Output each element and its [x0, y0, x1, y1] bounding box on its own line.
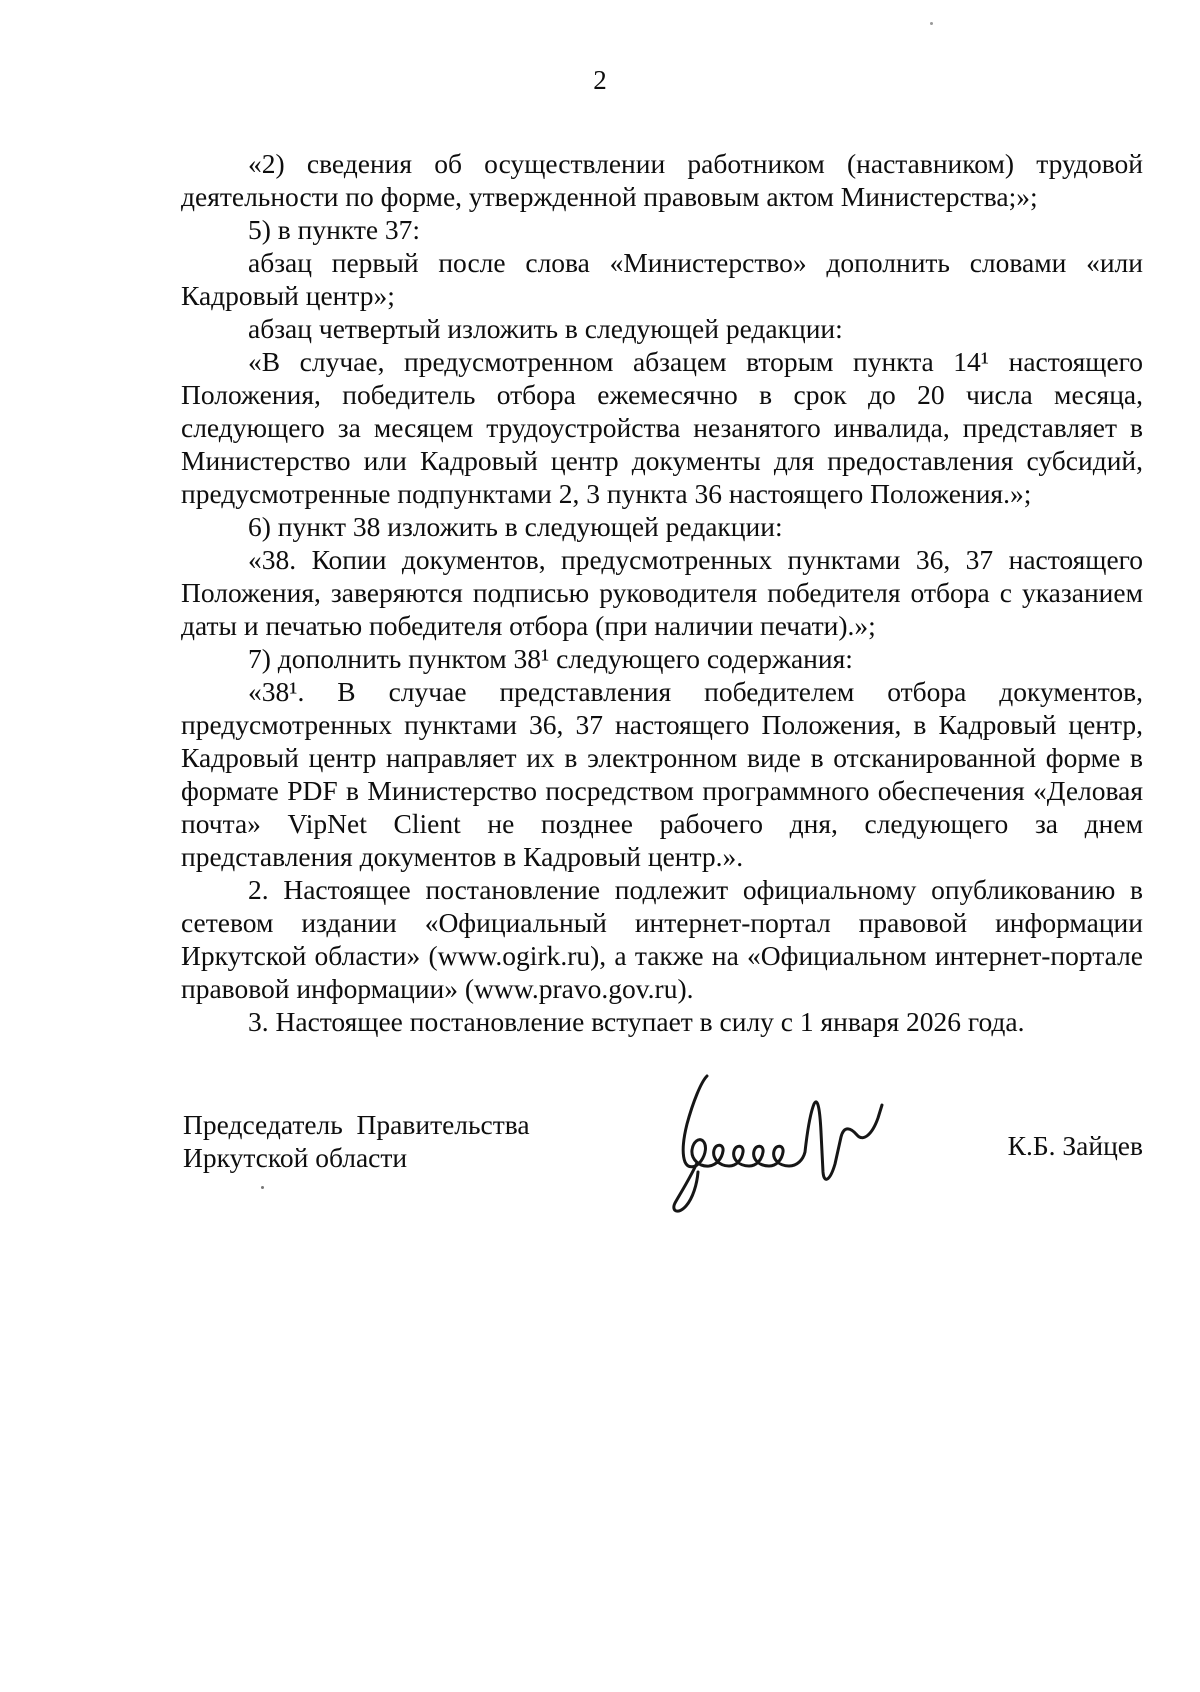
- paragraph: «38¹. В случае представления победителем…: [181, 675, 1143, 873]
- signatory-title: Председатель ПравительстваИркутской обла…: [183, 1108, 530, 1174]
- document-page: 2 «2) сведения об осуществлении работник…: [0, 0, 1200, 1692]
- signatory-name: К.Б. Зайцев: [1008, 1129, 1143, 1162]
- signatory-title-line2: Иркутской области: [183, 1142, 407, 1173]
- paragraph: «В случае, предусмотренном абзацем вторы…: [181, 345, 1143, 510]
- paragraph: 3. Настоящее постановление вступает в си…: [181, 1005, 1143, 1038]
- scan-speck-artifact: [930, 22, 933, 25]
- paragraph: «2) сведения об осуществлении работником…: [181, 147, 1143, 213]
- paragraph: 5) в пункте 37:: [181, 213, 1143, 246]
- paragraph: 2. Настоящее постановление подлежит офиц…: [181, 873, 1143, 1005]
- handwritten-signature-icon: [641, 1072, 901, 1222]
- paragraph: абзац первый после слова «Министерство» …: [181, 246, 1143, 312]
- paragraph: 7) дополнить пунктом 38¹ следующего соде…: [181, 642, 1143, 675]
- signatory-title-line1: Председатель Правительства: [183, 1109, 530, 1140]
- signature-block: Председатель ПравительстваИркутской обла…: [181, 1100, 1143, 1290]
- page-number: 2: [0, 64, 1200, 97]
- paragraph: абзац четвертый изложить в следующей ред…: [181, 312, 1143, 345]
- scan-speck-artifact: [261, 1186, 264, 1189]
- paragraph: «38. Копии документов, предусмотренных п…: [181, 543, 1143, 642]
- paragraph: 6) пункт 38 изложить в следующей редакци…: [181, 510, 1143, 543]
- document-body: «2) сведения об осуществлении работником…: [181, 147, 1143, 1038]
